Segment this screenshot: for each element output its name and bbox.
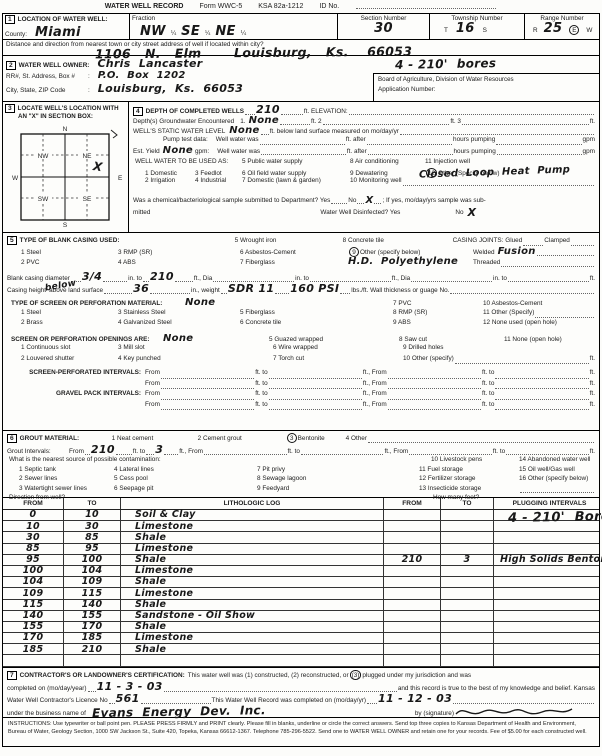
lithology-cell: Limestone — [121, 521, 384, 531]
chem-no-x-mark: X — [365, 196, 373, 206]
lith-to-cell: 100 — [64, 555, 121, 565]
well-x-mark: X — [91, 159, 104, 174]
casing-option: 3 RMP (SR) — [118, 249, 240, 256]
screen-intervals-label: SCREEN-PERFORATED INTERVALS: — [7, 369, 145, 376]
fraction-3-value: NE — [215, 25, 235, 38]
grout-option: 4 Other — [346, 435, 367, 442]
plug-to-cell — [441, 588, 494, 598]
plugging-note: 4 - 210' Bores — [508, 510, 602, 525]
dotted-line — [535, 316, 594, 318]
dotted-line — [388, 408, 481, 410]
lith-from-cell: 100 — [3, 566, 64, 576]
dotted-line — [261, 153, 346, 155]
board-label: Board of Agriculture, Division of Water … — [378, 76, 595, 83]
plug-from-cell — [384, 577, 441, 587]
contamination-option: 5 Cess pool — [114, 475, 257, 482]
dotted-line — [103, 280, 127, 282]
dotted-line — [161, 377, 254, 379]
licence-label: Water Well Contractor's Licence No — [7, 697, 108, 704]
colon: : — [88, 73, 90, 80]
screen-option: 4 Galvanized Steel — [118, 319, 240, 326]
city-value: Louisburg, Ks. 66053 — [98, 83, 243, 94]
weight-rest-label: lbs./ft. Wall thickness or guage No. — [351, 287, 449, 294]
lith-from-cell: 85 — [3, 544, 64, 554]
opening-option: 3 Mill slot — [118, 344, 273, 351]
plug-from-cell: 210 — [384, 555, 441, 565]
openings-title: SCREEN OR PERFORATION OPENINGS ARE: — [11, 336, 163, 343]
plug-to-cell — [441, 633, 494, 643]
dotted-line — [506, 453, 589, 455]
lithology-cell: Shale — [121, 555, 384, 565]
ft-from-label: ft., From — [384, 448, 408, 455]
screen-option: 6 Concrete tile — [240, 319, 393, 326]
table-row: 155 170 Shale — [3, 622, 599, 633]
plug-interval-cell — [494, 566, 599, 576]
contamination-option: 8 Sewage lagoon — [257, 475, 419, 482]
pump-test-label: Pump test data: — [163, 136, 208, 143]
section-box-diagram: N NW NE SW SE W — [5, 122, 127, 228]
lithology-cell: Shale — [121, 600, 384, 610]
contamination-option: 7 Pit privy — [257, 466, 419, 473]
township-cell: Township Number T 16 S — [429, 14, 524, 39]
id-no-blank — [356, 7, 496, 9]
contamination-option: 1 Septic tank — [19, 466, 114, 473]
est-yield-label: Est. Yield — [133, 148, 160, 155]
use-label: WELL WATER TO BE USED AS: — [135, 158, 242, 165]
ft-to-label: ft. to — [255, 369, 267, 376]
screen-option: 2 Brass — [21, 319, 118, 326]
lithology-cell: Sandstone - Oil Show — [121, 611, 384, 621]
dotted-line — [403, 184, 594, 186]
welded-label: Welded — [473, 249, 495, 256]
location-title: LOCATION OF WATER WELL: — [18, 16, 108, 23]
township-t: T — [444, 27, 448, 34]
dotted-line — [497, 153, 582, 155]
distance-row: Distance and direction from nearest town… — [3, 39, 599, 56]
col-from-header: FROM — [384, 498, 441, 509]
quarter-symbol: ¼ — [205, 30, 210, 37]
lithology-cell: Shale — [121, 577, 384, 587]
table-row: 85 95 Limestone — [3, 544, 599, 555]
lith-to-cell: 85 — [64, 532, 121, 542]
plug-from-cell — [384, 611, 441, 621]
dotted-line — [388, 387, 481, 389]
screen-option: 10 Asbestos-Cement — [483, 300, 542, 307]
county-label: County: — [5, 31, 27, 38]
dotted-line — [349, 113, 594, 115]
dotted-line — [161, 398, 254, 400]
ft-after-label: ft. after — [347, 148, 367, 155]
dotted-line — [462, 123, 589, 125]
opening-option: 1 Continuous slot — [21, 344, 118, 351]
lith-from-cell: 10 — [3, 521, 64, 531]
height-label: Casing height — [7, 287, 46, 294]
signature-label: by (signature) — [415, 710, 454, 717]
ft-dia-label: ft., Dia — [194, 275, 212, 282]
dotted-line — [368, 153, 453, 155]
table-row: 109 115 Limestone — [3, 588, 599, 599]
opening-option: 8 Saw cut — [399, 336, 504, 343]
ft-from-label: ft., From — [363, 369, 387, 376]
plug-from-cell — [384, 633, 441, 643]
dotted-line — [88, 690, 96, 692]
lithology-cell: Limestone — [121, 544, 384, 554]
section-mid: 3 LOCATE WELL'S LOCATION WITH AN "X" IN … — [3, 102, 599, 233]
plug-from-cell — [384, 510, 441, 520]
ft-label: ft. — [590, 390, 595, 397]
section-number-value: 30 — [340, 22, 427, 35]
dotted-line — [450, 292, 594, 294]
table-row: 100 104 Limestone — [3, 566, 599, 577]
contamination-option: 4 Lateral lines — [114, 466, 257, 473]
col-to-header: TO — [64, 498, 121, 509]
use-option: 1 Domestic — [145, 170, 195, 177]
contamination-option: 14 Abandoned water well — [519, 456, 590, 463]
casing-joints-label: CASING JOINTS: Glued — [453, 237, 523, 244]
casing-option: 8 Concrete tile — [343, 237, 453, 244]
lithology-cell: Limestone — [121, 588, 384, 598]
lith-from-cell: 95 — [3, 555, 64, 565]
grout-option: 1 Neat cement — [112, 435, 198, 442]
form-statute: KSA 82a-1212 — [258, 3, 303, 10]
application-number-label: Application Number: — [378, 86, 595, 93]
board-box: Board of Agriculture, Division of Water … — [373, 73, 599, 101]
plug-interval-cell — [494, 655, 599, 665]
table-header-row: FROM TO LITHOLOGIC LOG FROM TO PLUGGING … — [3, 498, 599, 510]
grout-intervals-label: Grout Intervals: — [7, 448, 69, 455]
lith-to-cell — [64, 655, 121, 665]
lith-to-cell: 109 — [64, 577, 121, 587]
casing-option: 1 Steel — [21, 249, 118, 256]
instructions-text: INSTRUCTIONS: Use typewriter or ball poi… — [3, 718, 599, 746]
lith-from-cell: 109 — [3, 588, 64, 598]
dotted-line — [85, 453, 90, 455]
plug-to-cell — [441, 532, 494, 542]
section-3-number: 3 — [5, 104, 15, 113]
ft-to-label: ft. to — [255, 401, 267, 408]
dotted-line — [455, 362, 589, 364]
dotted-line — [275, 292, 289, 294]
plug-interval-cell — [494, 532, 599, 542]
township-s: S — [483, 27, 487, 34]
in-to-label: in. to — [128, 275, 142, 282]
from-label: From — [145, 401, 160, 408]
dotted-line — [495, 408, 588, 410]
lithology-cell — [121, 655, 384, 665]
diameter-depth-value: 210 — [150, 271, 174, 282]
plug-to-cell — [441, 600, 494, 610]
casing-option: 5 Wrought iron — [235, 237, 343, 244]
well-water-was-label: Well water was — [216, 136, 259, 143]
dotted-line — [109, 702, 115, 704]
section-4-number: 4 — [133, 107, 143, 116]
screen-option: 7 PVC — [393, 300, 483, 307]
dotted-line — [495, 398, 588, 400]
ft-elevation-label: ft. ELEVATION: — [304, 108, 348, 115]
lith-to-cell: 170 — [64, 622, 121, 632]
plug-interval-cell — [494, 644, 599, 654]
screen-material-value: None — [185, 298, 245, 308]
fraction-2-value: SE — [181, 25, 200, 38]
dotted-line — [411, 280, 492, 282]
dotted-line — [331, 202, 347, 204]
lithology-table: FROM TO LITHOLOGIC LOG FROM TO PLUGGING … — [3, 498, 599, 668]
plug-from-cell — [384, 532, 441, 542]
contamination-option: 15 Oil well/Gas well — [519, 466, 575, 473]
dotted-line — [368, 441, 594, 443]
from-label: From — [69, 448, 84, 455]
plug-from-cell — [384, 655, 441, 665]
certification-text-1: This water well was (1) constructed, (2)… — [188, 672, 349, 679]
col-to-header: TO — [441, 498, 494, 509]
opening-option: 6 Wire wrapped — [273, 344, 403, 351]
screen-option: 1 Steel — [21, 309, 118, 316]
plug-interval-cell — [494, 577, 599, 587]
plug-to-cell — [441, 644, 494, 654]
compass-s: S — [63, 222, 68, 228]
chem-sample-question: Was a chemical/bacteriological sample su… — [133, 197, 330, 204]
dotted-line — [301, 453, 384, 455]
contamination-option: 11 Fuel storage — [419, 466, 519, 473]
bores-note: 4 - 210' bores — [395, 57, 496, 71]
ft-label: ft. — [590, 448, 595, 455]
dotted-line — [367, 143, 452, 145]
section-location: 1 LOCATION OF WATER WELL: County: Miami … — [3, 14, 599, 56]
grout-to-value: 3 — [155, 444, 163, 455]
contamination-option: 12 Fertilizer storage — [419, 475, 519, 482]
dotted-line — [280, 123, 310, 125]
casing-title: TYPE OF BLANK CASING USED: — [20, 237, 235, 244]
table-row: 95 100 Shale 210 3 High Solids Bentonite — [3, 555, 599, 566]
weight-value-psi: 160 PSI — [290, 283, 339, 294]
street-address-value: 1106 N. Elm Louisburg, Ks. 66053 — [95, 46, 412, 61]
dotted-line — [164, 453, 178, 455]
county-value: Miami — [35, 26, 81, 39]
quadrant-se: SE — [83, 196, 92, 203]
lith-from-cell: 185 — [3, 644, 64, 654]
grout-3-circled: 3 — [287, 433, 297, 443]
contamination-option: 2 Sewer lines — [19, 475, 114, 482]
quarter-symbol: ¼ — [241, 30, 246, 37]
dotted-line — [495, 387, 588, 389]
section-grout: 6 GROUT MATERIAL: 1 Neat cement 2 Cement… — [3, 431, 599, 498]
dotted-line — [340, 292, 350, 294]
static-level-value: None — [229, 126, 259, 136]
gpm-label: gpm — [583, 148, 595, 155]
certification-title: CONTRACTOR'S OR LANDOWNER'S CERTIFICATIO… — [20, 672, 185, 679]
ft-label: ft. — [590, 118, 595, 125]
section-depth: 4 DEPTH OF COMPLETED WELLS 210 ft. ELEVA… — [129, 102, 599, 232]
dotted-line — [357, 202, 364, 204]
ft-from-label: ft., From — [179, 448, 203, 455]
diameter-value: 3/4 — [82, 271, 102, 282]
lithology-cell: Limestone — [121, 566, 384, 576]
grout-from-value: 210 — [91, 444, 115, 455]
range-r: R — [533, 27, 538, 34]
in-weight-label: in., weight — [191, 287, 220, 294]
dotted-line — [104, 292, 132, 294]
plug-from-cell — [384, 588, 441, 598]
dotted-line — [374, 202, 381, 204]
lith-from-cell: 140 — [3, 611, 64, 621]
from-label: From — [145, 369, 160, 376]
licence-number-value: 561 — [116, 693, 140, 704]
use-option: 5 Public water supply — [242, 158, 350, 165]
quadrant-sw: SW — [38, 196, 49, 203]
est-yield-value: None — [163, 146, 193, 156]
dotted-line — [116, 453, 132, 455]
fraction-1-value: NW — [140, 25, 166, 38]
plug-to-cell — [441, 566, 494, 576]
lithology-cell: Shale — [121, 622, 384, 632]
use-option: 3 Feedlot — [195, 170, 242, 177]
use-option: 2 Irrigation — [145, 177, 195, 184]
lith-from-cell: 115 — [3, 600, 64, 610]
depth-value: 210 — [256, 104, 280, 115]
screen-option: 11 Other (Specify) — [483, 309, 534, 316]
use-option: 11 Injection well — [425, 158, 470, 165]
lithology-cell: Limestone — [121, 633, 384, 643]
lithology-cell: Soil & Clay — [121, 510, 384, 520]
table-row: 104 109 Shale — [3, 577, 599, 588]
dotted-line — [269, 398, 362, 400]
plug-to-cell — [441, 611, 494, 621]
lith-to-cell: 30 — [64, 521, 121, 531]
screen-option: 12 None used (open hole) — [483, 319, 557, 326]
water-well-record-scan: WATER WELL RECORD Form WWC-5 KSA 82a-121… — [0, 0, 602, 756]
dotted-line — [388, 377, 481, 379]
dotted-line — [161, 387, 254, 389]
form-title: WATER WELL RECORD — [105, 3, 184, 10]
quarter-symbol: ¼ — [171, 30, 176, 37]
welded-value: Fusion — [498, 247, 536, 257]
dotted-line — [164, 690, 397, 692]
use-option: 10 Monitoring well — [350, 177, 402, 184]
casing-9-circled: 9 — [349, 247, 359, 257]
ft-to-label: ft. to — [482, 380, 494, 387]
weight-value-sdr: SDR 11 — [228, 283, 274, 294]
dotted-line — [501, 265, 594, 267]
ft-label: ft. — [590, 380, 595, 387]
in-to-label: in. to — [295, 275, 309, 282]
dotted-line — [571, 244, 594, 246]
lith-to-cell: 104 — [64, 566, 121, 576]
use-option: 7 Domestic (lawn & garden) — [242, 177, 350, 184]
fraction-label: Fraction — [132, 15, 155, 22]
lith-from-cell: 0 — [3, 510, 64, 520]
grout-option: 2 Cement grout — [198, 435, 286, 442]
ft-to-label: ft. to — [482, 390, 494, 397]
plug-interval-cell — [494, 600, 599, 610]
col-plugging-header: PLUGGING INTERVALS — [494, 498, 599, 509]
use-option: 6 Oil field water supply — [242, 170, 350, 177]
compass-e: E — [118, 175, 123, 182]
business-name-label: under the business name of — [7, 710, 86, 717]
compass-n: N — [63, 126, 68, 133]
opening-option: 10 Other (specify) — [403, 355, 454, 362]
dotted-line — [204, 453, 287, 455]
compass-w: W — [12, 175, 19, 182]
contamination-option: 10 Livestock pens — [431, 456, 519, 463]
clamped-label: Clamped — [544, 237, 570, 244]
dotted-line — [367, 702, 377, 704]
plug-interval-cell — [494, 622, 599, 632]
screen-option: 8 RMP (SR) — [393, 309, 483, 316]
from-label: From — [145, 390, 160, 397]
ft-label: ft. — [590, 401, 595, 408]
ft-to-label: ft. to — [255, 380, 267, 387]
location-cell: 1 LOCATION OF WATER WELL: County: Miami — [3, 14, 129, 39]
plug-interval-cell — [494, 633, 599, 643]
range-cell: Range Number R 25 E W — [524, 14, 599, 39]
dotted-line — [508, 280, 589, 282]
section-owner: 2 WATER WELL OWNER: Chris Lancaster RR#,… — [3, 56, 599, 102]
casing-option: 6 Asbestos-Cement — [240, 249, 348, 256]
contamination-option: 13 Insecticide storage — [419, 485, 519, 492]
openings-value: None — [163, 334, 269, 344]
township-label: Township Number — [432, 15, 522, 22]
opening-option: 11 None (open hole) — [504, 336, 562, 343]
ft3-label: ft. 3 — [450, 118, 461, 125]
locate-title-2: AN "X" IN SECTION BOX: — [18, 113, 93, 120]
opening-option: 7 Torch cut — [273, 355, 403, 362]
plug-to-cell: 3 — [441, 555, 494, 565]
plug-from-cell — [384, 644, 441, 654]
ft-label: ft. — [590, 369, 595, 376]
dotted-line — [269, 387, 362, 389]
opening-option: 4 Key punched — [118, 355, 273, 362]
lith-to-cell: 185 — [64, 633, 121, 643]
ft-to-label: ft. to — [288, 448, 300, 455]
plug-from-cell — [384, 622, 441, 632]
ft-to-label: ft. to — [255, 390, 267, 397]
dotted-line — [388, 398, 481, 400]
table-row: 30 85 Shale — [3, 532, 599, 543]
colon: : — [88, 87, 90, 94]
use-option: 4 Industrial — [195, 177, 242, 184]
dotted-line — [269, 408, 362, 410]
lithology-cell: Shale — [121, 532, 384, 542]
gpm-colon-label: gpm: — [195, 148, 209, 155]
business-name-value: Evans Energy Dev. Inc. — [92, 703, 337, 719]
ft-to-label: ft. to — [482, 401, 494, 408]
plug-to-cell — [441, 577, 494, 587]
plug-to-cell — [441, 510, 494, 520]
threaded-label: Threaded — [473, 259, 500, 266]
ft-to-label: ft. to — [133, 448, 145, 455]
from-label: From — [145, 380, 160, 387]
lith-to-cell: 140 — [64, 600, 121, 610]
well-water-was-label: Well water was — [217, 148, 260, 155]
dotted-line — [175, 280, 193, 282]
screen-material-title: TYPE OF SCREEN OR PERFORATION MATERIAL: — [11, 300, 185, 307]
static-level-rest: ft. below land surface measured on mo/da… — [270, 128, 399, 135]
completed-on-label: completed on (mo/day/year) — [7, 685, 87, 692]
disinfected-x-mark: X — [468, 207, 477, 218]
dotted-line — [146, 453, 154, 455]
address-value: P.O. Box 1202 — [98, 71, 186, 81]
gpm-label: gpm — [583, 136, 595, 143]
plug-to-cell — [441, 544, 494, 554]
lith-from-cell — [3, 655, 64, 665]
form-body: 1 LOCATION OF WATER WELL: County: Miami … — [2, 13, 600, 747]
dotted-line — [495, 377, 588, 379]
in-to-label: in. to — [493, 275, 507, 282]
contamination-option: 6 Seepage pit — [114, 485, 257, 492]
static-level-label: WELL'S STATIC WATER LEVEL — [133, 128, 225, 135]
locate-title-1: LOCATE WELL'S LOCATION WITH — [18, 105, 119, 112]
ft-from-label: ft., From — [363, 380, 387, 387]
